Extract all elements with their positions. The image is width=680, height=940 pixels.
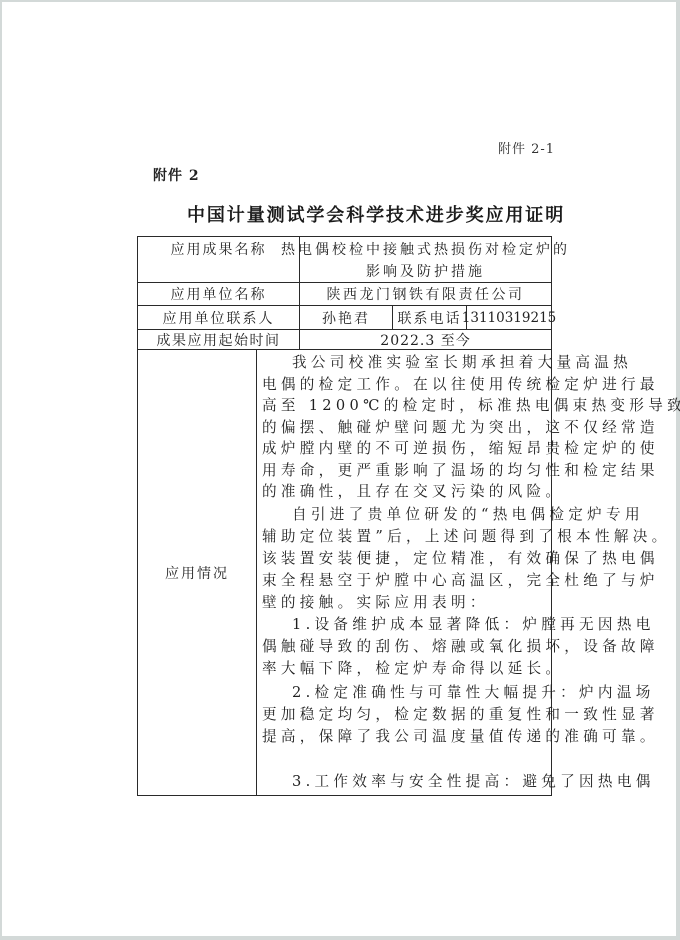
application-label: 应用情况 [138, 350, 256, 795]
application-line: 束全程悬空于炉膛中心高温区，完全杜绝了与炉 [262, 570, 659, 591]
start-time-label: 成果应用起始时间 [138, 330, 299, 349]
application-line: 自引进了贵单位研发的“热电偶检定炉专用 [292, 504, 644, 525]
result-name-label: 应用成果名称 [138, 237, 299, 261]
application-line: 更加稳定均匀，检定数据的重复性和一致性显著 [262, 704, 659, 725]
application-line: 壁的接触。实际应用表明： [262, 592, 489, 613]
unit-name-label: 应用单位名称 [138, 283, 299, 305]
result-name-value-line-2: 影响及防护措施 [300, 260, 551, 282]
application-line: 电偶的检定工作。在以往使用传统检定炉进行最 [262, 374, 659, 395]
unit-name-value: 陕西龙门钢铁有限责任公司 [300, 283, 551, 305]
application-line: 该装置安装便捷，定位精准，有效确保了热电偶 [262, 548, 659, 569]
attachment-label-left: 附件 2 [153, 165, 200, 185]
contact-label: 应用单位联系人 [138, 306, 299, 329]
application-line: 提高，保障了我公司温度量值传递的准确可靠。 [262, 726, 659, 747]
application-line: 的准确性，且存在交叉污染的风险。 [262, 481, 564, 502]
application-line: 成炉膛内壁的不可逆损伤，缩短昂贵检定炉的使 [262, 438, 659, 459]
contact-value: 孙艳君 [300, 306, 392, 329]
column-divider [256, 349, 257, 796]
application-line: 1.设备维护成本显著降低：炉膛再无因热电 [292, 614, 655, 635]
application-line: 率大幅下降，检定炉寿命得以延长。 [262, 658, 564, 679]
start-time-value: 2022.3 至今 [300, 330, 551, 349]
application-line: 我公司校准实验室长期承担着大量高温热 [292, 352, 632, 373]
application-line: 3.工作效率与安全性提高：避免了因热电偶 [292, 771, 655, 792]
application-line: 偶触碰导致的刮伤、熔融或氧化损坏，设备故障 [262, 636, 659, 657]
phone-value: 13110319215 [467, 306, 551, 329]
application-line: 辅助定位装置”后，上述问题得到了根本性解决。 [262, 526, 671, 547]
attachment-label-right: 附件 2-1 [498, 138, 555, 157]
application-line: 高至 1200℃的检定时，标准热电偶束热变形导致 [262, 395, 680, 416]
result-name-value-line-1: 热电偶校检中接触式热损伤对检定炉的 [300, 238, 551, 260]
application-line: 用寿命，更严重影响了温场的均匀性和检定结果 [262, 460, 659, 481]
document-title: 中国计量测试学会科学技术进步奖应用证明 [187, 201, 565, 227]
application-line: 2.检定准确性与可靠性大幅提升：炉内温场 [292, 682, 655, 703]
phone-label: 联系电话 [393, 306, 466, 329]
application-line: 的偏摆、触碰炉壁问题尤为突出，这不仅经常造 [262, 417, 659, 438]
